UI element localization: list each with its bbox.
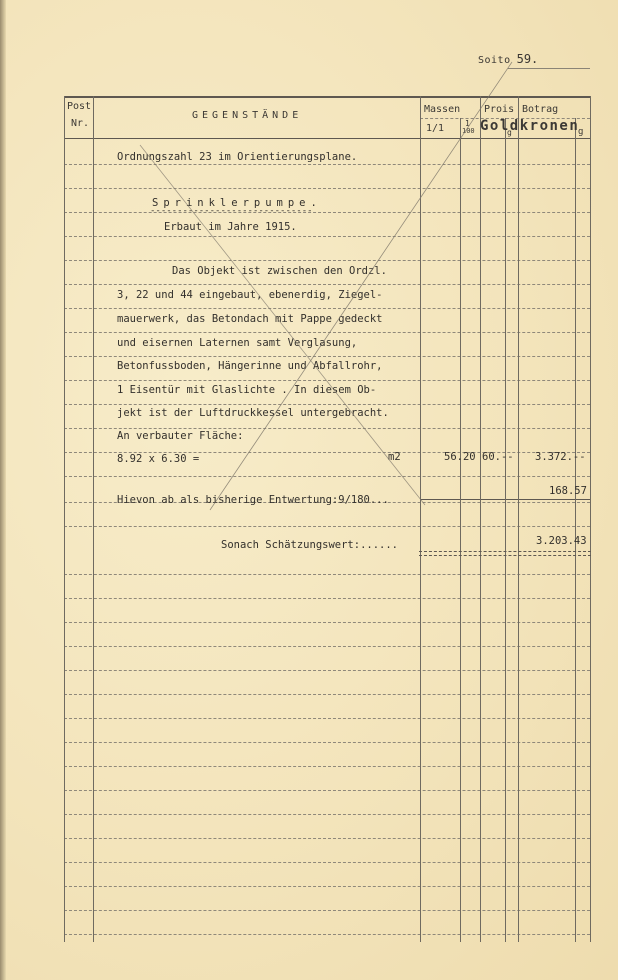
row-line [64,886,590,887]
row-line [64,332,590,333]
page-number: Soito59. [478,52,538,66]
header-preis: Prois [484,104,514,115]
description-line: jekt ist der Luftdruckkessel untergebrac… [117,407,389,419]
row-line [64,526,590,527]
description-line: mauerwerk, das Betondach mit Pappe gedec… [117,313,383,325]
row-line [64,598,590,599]
header-betrag: Botrag [522,104,558,115]
row-line [64,910,590,911]
page-number-underline [508,68,590,69]
calc-unit: m2 [388,451,401,463]
header-price-g: g [507,128,512,137]
col-border-mass-1 [460,118,461,942]
row-line [64,814,590,815]
row-line [64,476,590,477]
description-line: An verbauter Fläche: [117,430,243,442]
page-label: Soito [478,55,511,66]
row-line [64,646,590,647]
row-line [64,404,590,405]
row-line [64,260,590,261]
col-border-amount-g [575,118,576,942]
row-line [64,188,590,189]
row-line [64,934,590,935]
table-top-border [64,96,590,98]
header-gegenstaende: GEGENSTÄNDE [192,110,302,121]
description-line: Ordnungszahl 23 im Orientierungsplane. [117,151,357,163]
row-line [64,718,590,719]
row-line [64,356,590,357]
col-border-description [420,96,421,942]
calc-formula: 8.92 x 6.30 = [117,453,199,465]
row-line [64,790,590,791]
description-line: Betonfussboden, Hängerinne und Abfallroh… [117,360,383,372]
description-line: 3, 22 und 44 eingebaut, ebenerdig, Ziege… [117,289,383,301]
total-text: Sonach Schätzungswert:...... [221,539,398,551]
col-border-post [93,96,94,942]
header-bottom-border [64,138,590,139]
total-amount: 3.203.43 [536,535,587,547]
header-amount-g: g [578,127,583,137]
row-line [64,766,590,767]
description-line: 1 Eisentür mit Glaslichte . In diesem Ob… [117,384,376,396]
row-line [64,212,590,213]
header-goldkronen: Goldkronen [480,118,579,134]
page-binding-edge [0,0,6,980]
row-line [64,164,590,165]
build-year: Erbaut im Jahre 1915. [164,221,297,233]
header-massen-fraction-den: 100 [462,127,475,135]
total-double-underline [419,551,591,556]
row-line [64,622,590,623]
calc-price: 60.-- [482,451,514,463]
col-border-price [518,96,519,942]
ledger-table: Post Nr. GEGENSTÄNDE Massen 1/1 1 100 Pr… [64,96,590,942]
description-line: und eisernen Laternen samt Verglasung, [117,337,357,349]
row-line [64,742,590,743]
object-title-underline: ------------------------------ [150,206,313,216]
row-line [64,308,590,309]
row-line [64,574,590,575]
header-massen: Massen [424,104,460,115]
header-massen-1-1: 1/1 [426,123,444,134]
row-line [64,862,590,863]
description-line: Das Objekt ist zwischen den Ordzl. [172,265,387,277]
row-line [64,284,590,285]
row-line [64,236,590,237]
header-post: Post [67,101,91,112]
col-border-mass [480,96,481,942]
col-border-left [64,96,65,942]
row-line [64,428,590,429]
col-border-right [590,96,591,942]
row-line [64,694,590,695]
row-line [64,380,590,381]
page-number-value: 59. [517,52,539,66]
deduction-amount: 168.57 [549,485,587,497]
deduction-text: Hievon ab als bisherige Entwertung:9/180… [117,494,389,506]
header-nr: Nr. [71,118,89,129]
col-border-price-g [505,118,506,942]
calc-amount: 3.372.-- [535,451,586,463]
row-line [64,838,590,839]
calc-mass: 56.20 [444,451,476,463]
row-line [64,670,590,671]
